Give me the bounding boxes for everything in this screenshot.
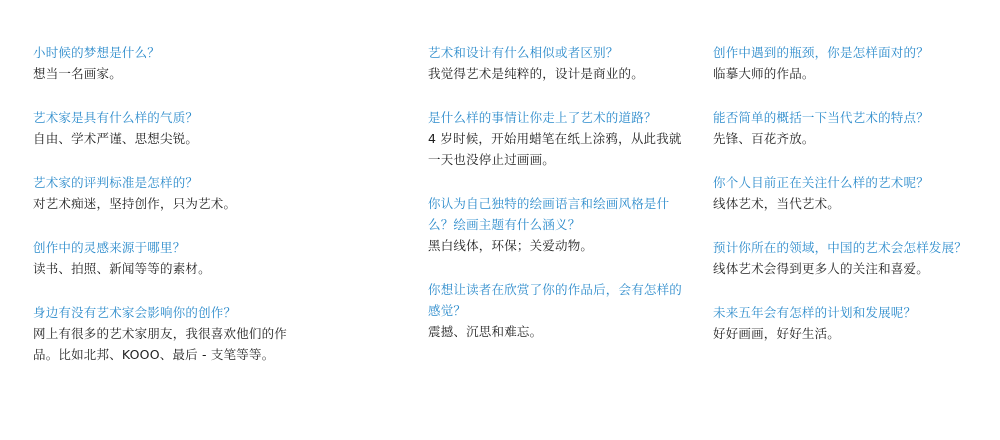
question: 艺术家是具有什么样的气质？ bbox=[33, 107, 333, 128]
question: 你个人目前正在关注什么样的艺术呢？ bbox=[713, 172, 983, 193]
answer: 先锋、百花齐放。 bbox=[713, 128, 983, 149]
answer: 线体艺术，当代艺术。 bbox=[713, 193, 983, 214]
interview-column-2: 艺术和设计有什么相似或者区别？ 我觉得艺术是纯粹的，设计是商业的。 是什么样的事… bbox=[428, 42, 690, 365]
answer: 线体艺术会得到更多人的关注和喜爱。 bbox=[713, 258, 983, 279]
qa-item: 艺术家是具有什么样的气质？ 自由、学术严谨、思想尖锐。 bbox=[33, 107, 333, 172]
qa-item: 你想让读者在欣赏了你的作品后，会有怎样的感觉？ 震撼、沉思和难忘。 bbox=[428, 279, 690, 365]
answer: 好好画画，好好生活。 bbox=[713, 323, 983, 344]
qa-item: 是什么样的事情让你走上了艺术的道路？ 4 岁时候，开始用蜡笔在纸上涂鸦，从此我就… bbox=[428, 107, 690, 193]
question: 创作中遇到的瓶颈，你是怎样面对的？ bbox=[713, 42, 983, 63]
qa-item: 你个人目前正在关注什么样的艺术呢？ 线体艺术，当代艺术。 bbox=[713, 172, 983, 237]
qa-item: 身边有没有艺术家会影响你的创作？ 网上有很多的艺术家朋友，我很喜欢他们的作品。比… bbox=[33, 302, 333, 388]
question: 是什么样的事情让你走上了艺术的道路？ bbox=[428, 107, 690, 128]
question: 你想让读者在欣赏了你的作品后，会有怎样的感觉？ bbox=[428, 279, 690, 321]
qa-item: 创作中的灵感来源于哪里？ 读书、拍照、新闻等等的素材。 bbox=[33, 237, 333, 302]
question: 艺术家的评判标准是怎样的？ bbox=[33, 172, 333, 193]
question: 预计你所在的领域，中国的艺术会怎样发展？ bbox=[713, 237, 983, 258]
qa-item: 艺术家的评判标准是怎样的？ 对艺术痴迷，坚持创作，只为艺术。 bbox=[33, 172, 333, 237]
answer: 网上有很多的艺术家朋友，我很喜欢他们的作品。比如北邦、KOOO、最后 - 支笔等… bbox=[33, 323, 295, 365]
question: 你认为自己独特的绘画语言和绘画风格是什么？绘画主题有什么涵义？ bbox=[428, 193, 690, 235]
answer: 想当一名画家。 bbox=[33, 63, 333, 84]
qa-item: 你认为自己独特的绘画语言和绘画风格是什么？绘画主题有什么涵义？ 黑白线体，环保；… bbox=[428, 193, 690, 279]
question: 未来五年会有怎样的计划和发展呢？ bbox=[713, 302, 983, 323]
answer: 临摹大师的作品。 bbox=[713, 63, 983, 84]
question: 艺术和设计有什么相似或者区别？ bbox=[428, 42, 690, 63]
question: 创作中的灵感来源于哪里？ bbox=[33, 237, 333, 258]
qa-item: 未来五年会有怎样的计划和发展呢？ 好好画画，好好生活。 bbox=[713, 302, 983, 367]
interview-column-3: 创作中遇到的瓶颈，你是怎样面对的？ 临摹大师的作品。 能否简单的概括一下当代艺术… bbox=[713, 42, 983, 367]
answer: 我觉得艺术是纯粹的，设计是商业的。 bbox=[428, 63, 690, 84]
qa-item: 预计你所在的领域，中国的艺术会怎样发展？ 线体艺术会得到更多人的关注和喜爱。 bbox=[713, 237, 983, 302]
interview-column-1: 小时候的梦想是什么？ 想当一名画家。 艺术家是具有什么样的气质？ 自由、学术严谨… bbox=[33, 42, 333, 388]
qa-item: 艺术和设计有什么相似或者区别？ 我觉得艺术是纯粹的，设计是商业的。 bbox=[428, 42, 690, 107]
qa-item: 小时候的梦想是什么？ 想当一名画家。 bbox=[33, 42, 333, 107]
answer: 黑白线体，环保；关爱动物。 bbox=[428, 235, 690, 256]
qa-item: 创作中遇到的瓶颈，你是怎样面对的？ 临摹大师的作品。 bbox=[713, 42, 983, 107]
answer: 读书、拍照、新闻等等的素材。 bbox=[33, 258, 333, 279]
answer: 震撼、沉思和难忘。 bbox=[428, 321, 690, 342]
answer: 对艺术痴迷，坚持创作，只为艺术。 bbox=[33, 193, 333, 214]
question: 身边有没有艺术家会影响你的创作？ bbox=[33, 302, 333, 323]
answer: 4 岁时候，开始用蜡笔在纸上涂鸦，从此我就一天也没停止过画画。 bbox=[428, 128, 690, 170]
qa-item: 能否简单的概括一下当代艺术的特点？ 先锋、百花齐放。 bbox=[713, 107, 983, 172]
question: 小时候的梦想是什么？ bbox=[33, 42, 333, 63]
answer: 自由、学术严谨、思想尖锐。 bbox=[33, 128, 333, 149]
question: 能否简单的概括一下当代艺术的特点？ bbox=[713, 107, 983, 128]
